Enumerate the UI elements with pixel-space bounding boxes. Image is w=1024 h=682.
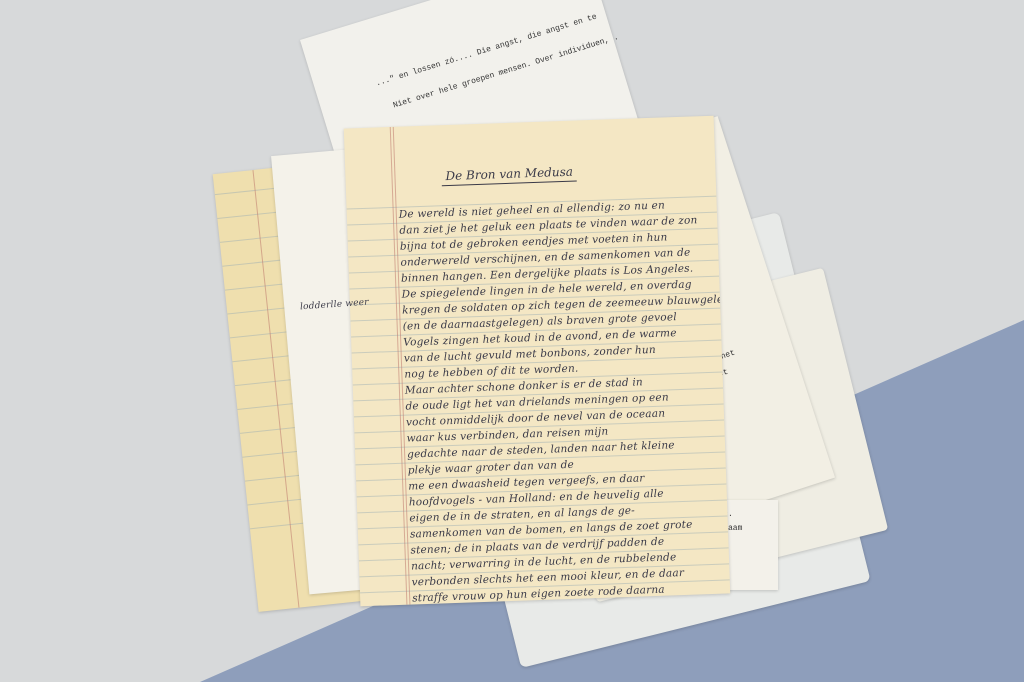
manuscript-page: De Bron van Medusa De wereld is niet geh… bbox=[344, 116, 730, 607]
manuscript-title: De Bron van Medusa bbox=[441, 164, 577, 186]
